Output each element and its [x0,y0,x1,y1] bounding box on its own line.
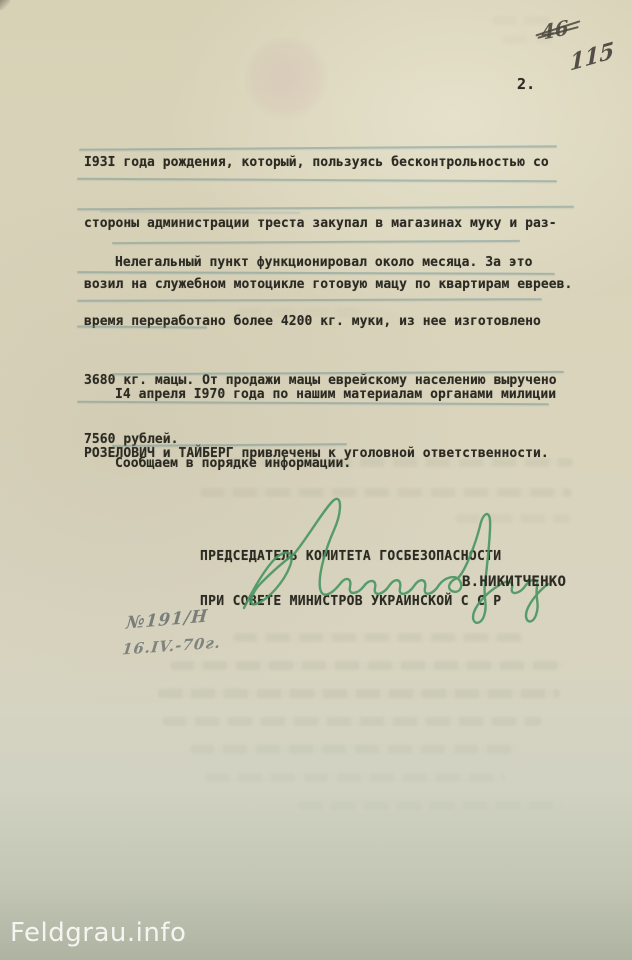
bleed-through-line [190,745,520,754]
faded-stamp-ghost [243,36,329,120]
bleed-through-line [158,689,560,698]
signature-stroke [244,499,548,623]
handwritten-doc-date: 16.IV.-70г. [121,633,222,658]
handwritten-doc-number: №191/Н [125,606,209,633]
site-watermark: Feldgrau.info [10,918,186,948]
handwritten-signature-ink [230,496,560,631]
signatory-name: В.НИКИТЧЕНКО [462,574,566,590]
bleed-through-line [170,661,565,670]
text-line: I93I года рождения, который, пользуясь б… [84,147,572,178]
crossed-out-folio-number: 46 [541,15,570,45]
text-line: Сообщаем в порядке информации. [84,449,351,478]
bleed-through-line [298,801,563,810]
paragraph: Сообщаем в порядке информации. [84,419,351,508]
text-line: время переработано более 4200 кг. муки, … [84,307,557,336]
folio-number: 115 [570,37,614,77]
photographed-document: 46 115 2. I93I года рождения, который, п… [0,0,632,960]
bleed-through-line [205,773,505,782]
bleed-through-line [162,717,542,726]
photo-corner-shadow [0,0,10,10]
page-number: 2. [517,75,535,93]
